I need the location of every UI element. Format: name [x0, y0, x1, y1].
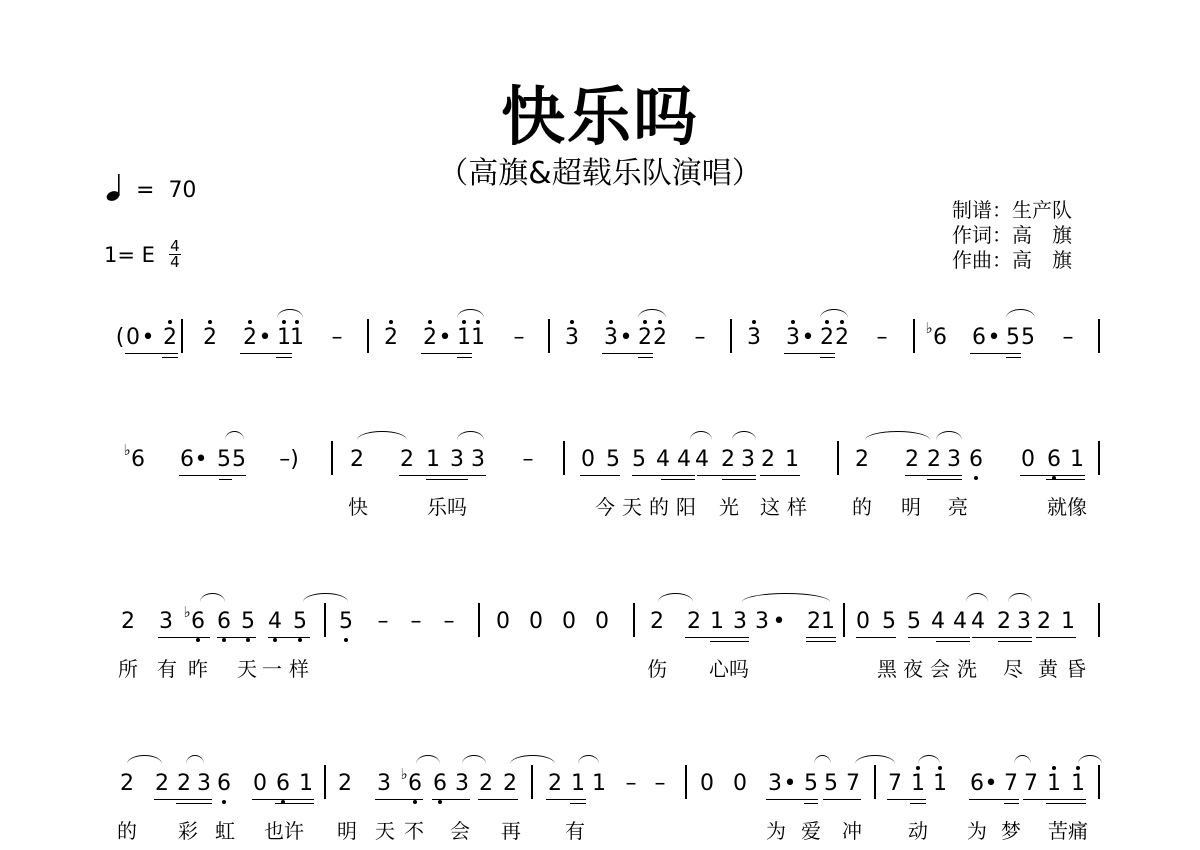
note: 6 — [217, 771, 231, 797]
beam-underline — [927, 479, 962, 480]
note: 5 — [232, 447, 246, 473]
beam-underline — [766, 799, 818, 800]
slur-icon — [865, 431, 930, 440]
lyric: 这 — [760, 491, 780, 520]
note: – — [411, 609, 422, 635]
note: 3 — [1017, 609, 1031, 635]
note: 2 — [155, 771, 169, 797]
note: 1 — [1071, 771, 1085, 797]
note: 6 — [217, 609, 231, 635]
note: • — [802, 325, 815, 351]
note: 6 — [131, 447, 145, 473]
note: 1 — [911, 771, 925, 797]
note: 2 — [927, 447, 941, 473]
slur-icon — [510, 755, 555, 764]
lyric: 苦痛 — [1048, 815, 1088, 844]
lyric: 黄 — [1038, 653, 1058, 682]
note: 2 — [997, 609, 1011, 635]
barline — [1098, 603, 1100, 637]
note: 3 — [604, 325, 618, 351]
beam-underline — [1046, 479, 1085, 480]
score-system-3: 236♭65455–––000022133•210554442321所有昨天一样… — [0, 609, 1200, 689]
beam-underline — [276, 357, 292, 358]
note: 2 — [687, 609, 701, 635]
note: 2 — [203, 325, 217, 351]
beam-underline — [823, 799, 861, 800]
slur-icon — [638, 309, 666, 318]
barline — [548, 319, 550, 353]
note: 4 — [931, 609, 945, 635]
note: 2 — [163, 325, 177, 351]
barline — [1098, 765, 1100, 799]
note: 3 — [377, 771, 391, 797]
beam-underline — [972, 637, 1032, 638]
note: 1 — [1061, 609, 1075, 635]
barline — [563, 441, 565, 475]
note: 0 — [1021, 447, 1035, 473]
lyric: 阳 — [676, 491, 696, 520]
slur-icon — [732, 431, 756, 440]
beam-underline — [760, 475, 800, 476]
barline — [367, 319, 369, 353]
lyric: 虹 — [215, 815, 235, 844]
beam-underline — [969, 799, 1019, 800]
beam-underline — [1006, 357, 1021, 358]
beam-underline — [432, 799, 470, 800]
note: 2 — [835, 325, 849, 351]
note: 2 — [384, 325, 398, 351]
beam-underline — [1023, 799, 1086, 800]
barline — [633, 603, 635, 637]
note: • — [784, 771, 797, 797]
beam-underline — [710, 641, 749, 642]
note: 1 — [277, 325, 291, 351]
beam-underline — [1036, 637, 1076, 638]
beam-underline — [784, 353, 835, 354]
credit-composer: 作曲：高 旗 — [952, 248, 1072, 273]
flat-icon: ♭ — [400, 765, 407, 783]
lyric: 天 — [622, 491, 642, 520]
note: – — [514, 325, 525, 351]
note: 3 — [450, 447, 464, 473]
lyric: 光 — [719, 491, 739, 520]
slur-icon — [186, 755, 204, 764]
beam-underline — [602, 353, 653, 354]
note: – — [877, 325, 888, 351]
note: • — [259, 325, 272, 351]
slur-icon — [578, 755, 599, 764]
note: 3 — [197, 771, 211, 797]
beam-underline — [154, 799, 212, 800]
slur-icon — [742, 593, 830, 602]
note: • — [620, 325, 633, 351]
note: 5 — [1006, 325, 1020, 351]
barline — [837, 441, 839, 475]
note: 6 — [972, 325, 986, 351]
flat-icon: ♭ — [123, 441, 130, 459]
lyric: 亮 — [948, 491, 968, 520]
beam-underline — [1004, 803, 1019, 804]
barline — [181, 319, 183, 353]
note: 21 — [807, 609, 835, 635]
beam-underline — [697, 475, 756, 476]
tempo-marking: = 70 — [106, 172, 196, 208]
note: 5 — [1021, 325, 1035, 351]
note: 2 — [177, 771, 191, 797]
slur-icon — [1006, 309, 1035, 318]
note: 2 — [855, 447, 869, 473]
song-title: 快乐吗 — [0, 66, 1200, 158]
beam-underline — [936, 641, 970, 642]
beam-underline — [275, 803, 314, 804]
lyric: 也许 — [264, 815, 304, 844]
score-system-4: 22236061236♭6322211––003•5577116•7711的彩虹… — [0, 771, 1200, 850]
note: 6 — [408, 771, 422, 797]
flat-icon: ♭ — [183, 603, 190, 621]
slur-icon — [814, 755, 831, 764]
lyric: 彩 — [178, 815, 198, 844]
slur-icon — [416, 755, 440, 764]
note: 1 — [426, 447, 440, 473]
barline — [324, 765, 326, 799]
lyric: 不 — [404, 815, 424, 844]
lyric: 快 — [348, 491, 368, 520]
beam-underline — [998, 641, 1032, 642]
lyric: 为 — [766, 815, 786, 844]
beam-underline — [125, 353, 178, 354]
slur-icon — [225, 431, 244, 440]
note: 4 — [695, 447, 709, 473]
beam-underline — [158, 637, 210, 638]
lyric: 心吗 — [709, 653, 749, 682]
time-signature: 4 4 — [169, 240, 181, 269]
note: 1 — [933, 771, 947, 797]
note: 7 — [1024, 771, 1038, 797]
lyric: 昨 — [188, 653, 208, 682]
lyric: 会 — [930, 653, 950, 682]
beam-underline — [478, 799, 518, 800]
note: 7 — [846, 771, 860, 797]
note: 2 — [121, 609, 135, 635]
note: 0 — [856, 609, 870, 635]
lyric: 所 — [118, 653, 138, 682]
lyric: 有 — [565, 815, 585, 844]
note: • — [988, 325, 1001, 351]
note: 6 — [433, 771, 447, 797]
note: 2 — [548, 771, 562, 797]
beam-underline — [217, 637, 256, 638]
beam-underline — [905, 475, 962, 476]
note: 6 — [191, 609, 205, 635]
beam-underline — [820, 357, 835, 358]
beam-underline — [887, 799, 926, 800]
note: 6 — [180, 447, 194, 473]
note: 2 — [761, 447, 775, 473]
beam-underline — [252, 799, 314, 800]
beam-underline — [806, 637, 836, 638]
lyric: 再 — [501, 815, 521, 844]
lyric: 就像 — [1047, 491, 1087, 520]
beam-underline — [970, 353, 1021, 354]
slur-icon — [966, 593, 988, 602]
lyric: 的 — [649, 491, 669, 520]
slur-icon — [690, 431, 712, 440]
beam-underline — [632, 475, 695, 476]
lyric: 的 — [117, 815, 137, 844]
lyric: 夜 — [903, 653, 923, 682]
note: 2 — [653, 325, 667, 351]
note: 3 — [747, 325, 761, 351]
lyric: 昏 — [1066, 653, 1086, 682]
beam-underline — [240, 353, 292, 354]
note: • — [142, 325, 155, 351]
lyric: 为 — [967, 815, 987, 844]
note: 3 — [741, 447, 755, 473]
note: 5 — [632, 447, 646, 473]
note: 1 — [571, 771, 585, 797]
note: 2 — [479, 771, 493, 797]
lyric: 的 — [852, 491, 872, 520]
note: 2 — [1037, 609, 1051, 635]
note: 5 — [241, 609, 255, 635]
slur-icon — [457, 309, 484, 318]
beam-underline — [856, 637, 896, 638]
note: 5 — [217, 447, 231, 473]
note: 1 — [592, 771, 606, 797]
beam-underline — [638, 357, 653, 358]
note: 2 — [721, 447, 735, 473]
note: 2 — [243, 325, 257, 351]
slur-icon — [303, 593, 348, 602]
note: 1 — [290, 325, 304, 351]
note: 6 — [970, 771, 984, 797]
note: 0 — [253, 771, 267, 797]
note: 3 — [565, 325, 579, 351]
barline — [478, 603, 480, 637]
tempo-bpm: 70 — [168, 178, 196, 203]
slur-icon — [1078, 755, 1102, 764]
barline — [531, 765, 533, 799]
key-signature: 1= E 4 4 — [104, 240, 181, 269]
note: 7 — [1004, 771, 1018, 797]
note: 6 — [969, 447, 983, 473]
note: • — [985, 771, 998, 797]
note: 4 — [953, 609, 967, 635]
note: 3 — [768, 771, 782, 797]
beam-underline — [421, 353, 472, 354]
note: 0 — [581, 447, 595, 473]
beam-underline — [722, 479, 756, 480]
note: 1 — [1070, 447, 1084, 473]
note: 3 — [947, 447, 961, 473]
beam-underline — [570, 803, 586, 804]
beam-underline — [806, 641, 836, 642]
note: – — [655, 771, 666, 797]
score-system-2: 6♭6•55–)22133–055444232122236061快乐吗今天的阳光… — [0, 447, 1200, 527]
beam-underline — [804, 803, 818, 804]
note: 0 — [595, 609, 609, 635]
lyric: 梦 — [1001, 815, 1021, 844]
note: 1 — [299, 771, 313, 797]
credits: 制谱：生产队 作词：高 旗 作曲：高 旗 — [952, 198, 1072, 273]
lyric: 乐吗 — [427, 491, 467, 520]
beam-underline — [426, 479, 468, 480]
time-denominator: 4 — [170, 256, 180, 269]
beam-underline — [399, 475, 486, 476]
note: – — [332, 325, 343, 351]
barline — [1098, 319, 1100, 353]
note: 1 — [785, 447, 799, 473]
beam-underline — [685, 637, 749, 638]
note: 2 — [400, 447, 414, 473]
note: 0 — [700, 771, 714, 797]
tempo-equals: = — [136, 178, 154, 203]
note: 4 — [268, 609, 282, 635]
note: • — [439, 325, 452, 351]
lyric: 今 — [595, 491, 615, 520]
note: 0 — [126, 325, 140, 351]
note: 5 — [907, 609, 921, 635]
note: 2 — [338, 771, 352, 797]
barline — [874, 765, 876, 799]
slur-icon — [127, 755, 162, 764]
note: 3 — [786, 325, 800, 351]
note: ( — [116, 325, 125, 351]
note: – — [444, 609, 455, 635]
lyric: 黑 — [877, 653, 897, 682]
note: 3 — [471, 447, 485, 473]
note: 0 — [562, 609, 576, 635]
note: 5 — [804, 771, 818, 797]
note: 2 — [503, 771, 517, 797]
slur-icon — [918, 755, 940, 764]
note: – — [523, 447, 534, 473]
time-numerator: 4 — [170, 240, 180, 253]
slur-icon — [277, 309, 303, 318]
barline — [843, 603, 845, 637]
key-label: 1= E — [104, 243, 155, 267]
credit-lyricist: 作词：高 旗 — [952, 223, 1072, 248]
note: 5 — [824, 771, 838, 797]
note: 5 — [882, 609, 896, 635]
slur-icon — [855, 755, 895, 764]
lyric: 天 — [237, 653, 257, 682]
barline — [913, 319, 915, 353]
barline — [331, 441, 333, 475]
note: 3 — [455, 771, 469, 797]
note: – — [378, 609, 389, 635]
slur-icon — [1014, 755, 1031, 764]
slur-icon — [200, 593, 225, 602]
lyric: 有 — [157, 653, 177, 682]
note: – — [626, 771, 637, 797]
note: 4 — [677, 447, 691, 473]
lyric: 动 — [908, 815, 928, 844]
beam-underline — [910, 803, 926, 804]
beam-underline — [219, 479, 232, 480]
note: 5 — [339, 609, 353, 635]
note: 4 — [971, 609, 985, 635]
note: 4 — [656, 447, 670, 473]
slur-icon — [658, 593, 693, 602]
beam-underline — [162, 357, 178, 358]
lyric: 明 — [901, 491, 921, 520]
lyric: 样 — [787, 491, 807, 520]
beam-underline — [457, 357, 472, 358]
note: 3 — [159, 609, 173, 635]
note: 5 — [606, 447, 620, 473]
note: 1 — [1047, 771, 1061, 797]
note: 6 — [1047, 447, 1061, 473]
note: 0 — [733, 771, 747, 797]
lyric: 尽 — [1003, 653, 1023, 682]
note: –) — [279, 447, 299, 473]
note: 1 — [710, 609, 724, 635]
lyric: 天 — [375, 815, 395, 844]
note: 5 — [293, 609, 307, 635]
beam-underline — [375, 799, 423, 800]
note: 1 — [457, 325, 471, 351]
lyric: 伤 — [647, 653, 667, 682]
note: • — [773, 609, 786, 635]
slur-icon — [457, 431, 484, 440]
note: 3 — [733, 609, 747, 635]
lyric: 会 — [450, 815, 470, 844]
score-system-1: (0•222•11–22•11–33•22–33•22–6♭6•55– — [0, 325, 1200, 405]
note: 2 — [423, 325, 437, 351]
quarter-note-icon — [106, 172, 122, 208]
beam-underline — [1046, 803, 1086, 804]
lyric: 冲 — [842, 815, 862, 844]
note: • — [195, 447, 208, 473]
slur-icon — [357, 431, 407, 440]
note: – — [1063, 325, 1074, 351]
barline — [324, 603, 326, 637]
note: 2 — [650, 609, 664, 635]
note: 2 — [120, 771, 134, 797]
beam-underline — [546, 799, 586, 800]
barline — [730, 319, 732, 353]
note: – — [695, 325, 706, 351]
note: 2 — [638, 325, 652, 351]
lyric: 洗 — [957, 653, 977, 682]
note: 1 — [471, 325, 485, 351]
lyric: 一 — [262, 653, 282, 682]
note: 6 — [933, 325, 947, 351]
barline — [1098, 441, 1100, 475]
slur-icon — [936, 431, 962, 440]
note: 0 — [529, 609, 543, 635]
note: 0 — [496, 609, 510, 635]
note: 6 — [276, 771, 290, 797]
beam-underline — [179, 475, 246, 476]
note: 7 — [888, 771, 902, 797]
note: 2 — [350, 447, 364, 473]
beam-underline — [661, 479, 695, 480]
lyric: 爱 — [801, 815, 821, 844]
credit-transcriber: 制谱：生产队 — [952, 198, 1072, 223]
lyric: 样 — [289, 653, 309, 682]
slur-icon — [1008, 593, 1032, 602]
beam-underline — [580, 475, 620, 476]
barline — [685, 765, 687, 799]
beam-underline — [268, 637, 310, 638]
note: 2 — [820, 325, 834, 351]
beam-underline — [1020, 475, 1085, 476]
beam-underline — [908, 637, 970, 638]
beam-underline — [176, 803, 212, 804]
slur-icon — [462, 755, 486, 764]
